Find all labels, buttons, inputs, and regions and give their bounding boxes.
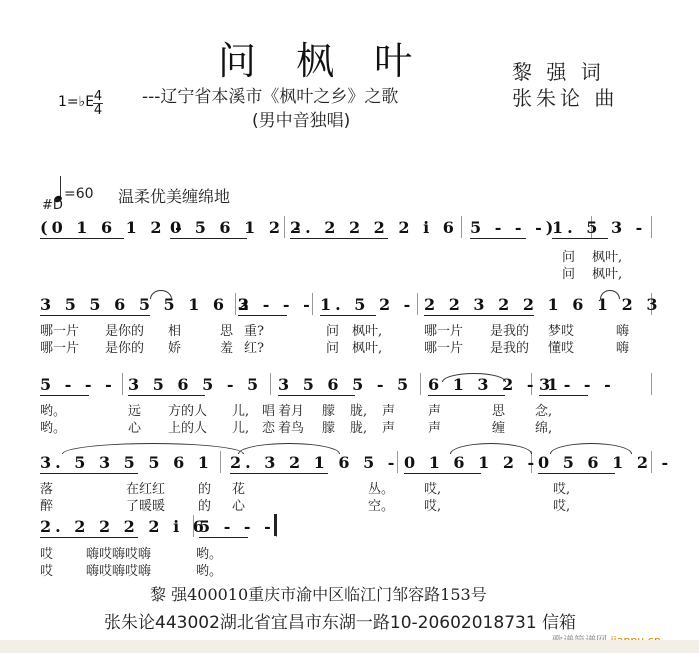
time-signature-bottom: 4 — [93, 104, 103, 117]
lyric-syllable: 是我的 — [490, 337, 529, 356]
lyric-syllable: 心 — [232, 495, 245, 514]
beam-underline — [404, 473, 481, 474]
lyric-syllable: 的 — [198, 495, 211, 514]
key-signature: 1=♭E — [58, 94, 94, 110]
beam-underline — [40, 473, 138, 474]
beam-underline — [539, 395, 588, 396]
measure: 2. 2 2 2 2 i 6 — [290, 218, 458, 237]
beam-underline — [470, 238, 526, 239]
lyric-syllable: 问 — [326, 337, 339, 356]
measure: 5 - - - — [199, 517, 275, 536]
measure: 5 - - -) — [470, 218, 557, 237]
lyric-syllable: 心 — [128, 417, 141, 436]
measure: 2 2 3 2 2 1 6 1 2 3 — [424, 295, 661, 314]
lyric-syllable: 懂哎 — [548, 337, 574, 356]
beam-underline — [40, 238, 124, 239]
beam-underline — [428, 395, 505, 396]
lyric-syllable: 枫叶, — [352, 337, 382, 356]
bar-line — [420, 373, 421, 395]
measure: 2. 2 2 2 2 i 6 — [40, 517, 208, 536]
slur-arc-icon — [600, 290, 620, 299]
beam-underline — [424, 315, 534, 316]
bottom-band — [0, 640, 699, 653]
lyric-syllable: 枫叶, — [592, 263, 622, 282]
measure: 3 5 6 5 - 5 — [128, 375, 262, 394]
measure: 1. 5 2 - — [320, 295, 414, 314]
measure: 0 5 6 1 2 - — [170, 218, 304, 237]
beam-underline — [552, 238, 608, 239]
quarter-note-stem-icon — [60, 176, 61, 198]
measure: 5 - - - — [40, 375, 116, 394]
slur-arc-icon — [550, 443, 632, 454]
bar-line — [270, 373, 271, 395]
lyric-syllable: 哎, — [424, 495, 441, 514]
composer-address: 张朱论443002湖北省宜昌市东湖一路10-20602018731 信箱 — [104, 608, 576, 633]
time-signature: 4 4 — [93, 90, 103, 117]
bar-line — [220, 451, 221, 473]
beam-underline — [320, 315, 376, 316]
lyric-syllable: 声 — [382, 417, 395, 436]
lyric-syllable: 哪一片 — [424, 337, 463, 356]
bar-line — [651, 216, 652, 238]
bar-line — [461, 216, 462, 238]
final-bar-line — [274, 514, 277, 536]
beam-underline — [230, 473, 328, 474]
beam-underline — [538, 473, 615, 474]
composer-credit: 张朱论 曲 — [512, 82, 618, 111]
lyric-syllable: 哎 — [40, 560, 53, 579]
lyric-syllable: 上的人 — [168, 417, 207, 436]
measure: 0 1 6 1 2 - — [404, 453, 538, 472]
measure: 2 - - - — [238, 295, 314, 314]
lyric-syllable: 着鸟 — [278, 417, 304, 436]
lyric-syllable: 了暖暖 — [126, 495, 165, 514]
lyric-syllable: 儿, — [232, 417, 249, 436]
lyricist-credit: 黎 强 词 — [512, 56, 605, 85]
lyric-syllable: 问 — [562, 263, 575, 282]
song-subtitle: ---辽宁省本溪市《枫叶之乡》之歌 — [142, 82, 398, 107]
bar-line — [122, 373, 123, 395]
slur-arc-icon — [62, 443, 244, 454]
lyric-syllable: 红? — [244, 337, 264, 356]
beam-underline — [290, 238, 388, 239]
measure: 0 5 6 1 2 - — [538, 453, 672, 472]
beam-underline — [238, 315, 287, 316]
lyric-syllable: 绵, — [535, 417, 552, 436]
lyric-syllable: 恋 — [262, 417, 275, 436]
lyric-syllable: 娇 — [168, 337, 181, 356]
lyric-syllable: 朦 — [322, 417, 335, 436]
bar-line — [651, 373, 652, 395]
beam-underline — [40, 395, 89, 396]
song-title: 问 枫 叶 — [218, 30, 426, 85]
tempo-prefix: #D — [42, 198, 63, 213]
lyric-syllable: 是你的 — [105, 337, 144, 356]
beam-underline — [170, 238, 247, 239]
lyric-syllable: 醉 — [40, 495, 53, 514]
beam-underline — [40, 537, 138, 538]
lyric-syllable: 缠 — [492, 417, 505, 436]
slur-arc-icon — [450, 443, 532, 454]
lyric-syllable: 声 — [428, 417, 441, 436]
tempo-value: =60 — [64, 186, 94, 202]
lyric-syllable: 羞 — [220, 337, 233, 356]
time-signature-top: 4 — [93, 90, 103, 103]
measure: 2. 3 2 1 6 5 - — [230, 453, 398, 472]
bar-line — [417, 293, 418, 315]
beam-underline — [40, 315, 150, 316]
measure: 3 5 5 6 5 5 1 6 3 — [40, 295, 253, 314]
lyricist-address: 黎 强400010重庆市渝中区临江门邹容路153号 — [150, 582, 487, 605]
beam-underline — [199, 537, 248, 538]
beam-underline — [128, 395, 205, 396]
lyric-syllable: 空。 — [368, 495, 394, 514]
lyric-syllable: 嗨哎嗨哎嗨 — [86, 560, 151, 579]
measure: 1. 5 3 - — [552, 218, 646, 237]
measure: 3 5 6 5 - 5 — [278, 375, 412, 394]
measure: 3 - - - — [539, 375, 615, 394]
lyric-syllable: 哪一片 — [40, 337, 79, 356]
lyric-syllable: 胧, — [350, 417, 367, 436]
measure: (0 1 6 1 2 - — [40, 218, 186, 237]
lyric-syllable: 哟。 — [196, 560, 222, 579]
expression-marking: 温柔优美缠绵地 — [118, 184, 230, 207]
lyric-syllable: 嗨 — [616, 337, 629, 356]
slur-arc-icon — [238, 443, 340, 454]
beam-underline — [278, 395, 355, 396]
measure: 3. 5 3 5 5 6 1 — [40, 453, 213, 472]
slur-arc-icon — [150, 290, 172, 299]
performance-note: (男中音独唱) — [252, 106, 350, 131]
lyric-syllable: 哎, — [553, 495, 570, 514]
lyric-syllable: 哟。 — [40, 417, 66, 436]
